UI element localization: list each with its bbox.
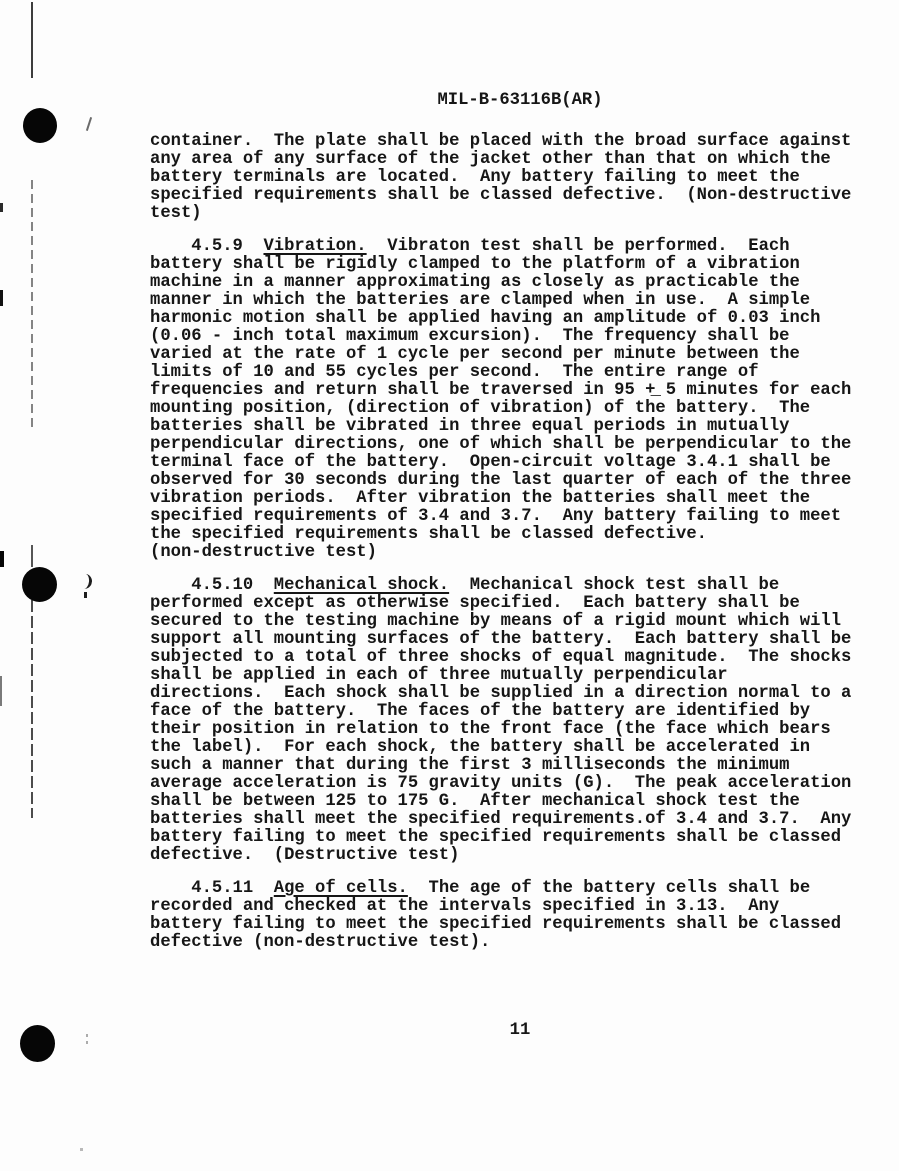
scanned-document-page: MIL-B-63116B(AR) container. The plate sh… [0,0,899,1171]
scan-line-artifact-mid [31,545,33,567]
paragraph-continuation: container. The plate shall be placed wit… [150,133,890,223]
section-number: 4.5.9 [150,237,263,256]
section-title: Mechanical shock. [274,576,449,595]
scan-line-artifact-lower [31,600,33,818]
stray-paren-mark [81,574,93,590]
document-id-header: MIL-B-63116B(AR) [150,92,890,110]
stray-paren-mark-tail [84,592,87,598]
hole-punch-dot-bottom [20,1025,55,1062]
section-number: 4.5.11 [150,879,274,898]
page-number: 11 [150,1022,890,1040]
section-4-5-11-age-of-cells: 4.5.11 Age of cells. The age of the batt… [150,880,890,952]
section-title: Vibration. [263,237,366,256]
page-edge-artifact [0,676,2,706]
hole-punch-dot-middle [22,567,57,602]
document-content: MIL-B-63116B(AR) container. The plate sh… [150,92,890,1040]
stray-colon-mark [86,1034,88,1037]
scan-line-artifact-upper [31,180,33,427]
section-4-5-9-vibration: 4.5.9 Vibration. Vibraton test shall be … [150,238,890,562]
section-4-5-10-mechanical-shock: 4.5.10 Mechanical shock. Mechanical shoc… [150,577,890,865]
hole-punch-dot-top [23,108,57,143]
section-title: Age of cells. [274,879,408,898]
section-number: 4.5.10 [150,576,274,595]
page-edge-artifact [0,203,3,212]
section-body: Vibraton test shall be performed. Each b… [150,237,851,562]
page-edge-artifact [0,290,3,306]
stray-pen-mark-top [86,117,92,131]
scan-speck [80,1148,83,1151]
page-edge-artifact [0,551,4,567]
scan-line-artifact-top [31,2,33,78]
section-body: Mechanical shock test shall be performed… [150,576,851,865]
